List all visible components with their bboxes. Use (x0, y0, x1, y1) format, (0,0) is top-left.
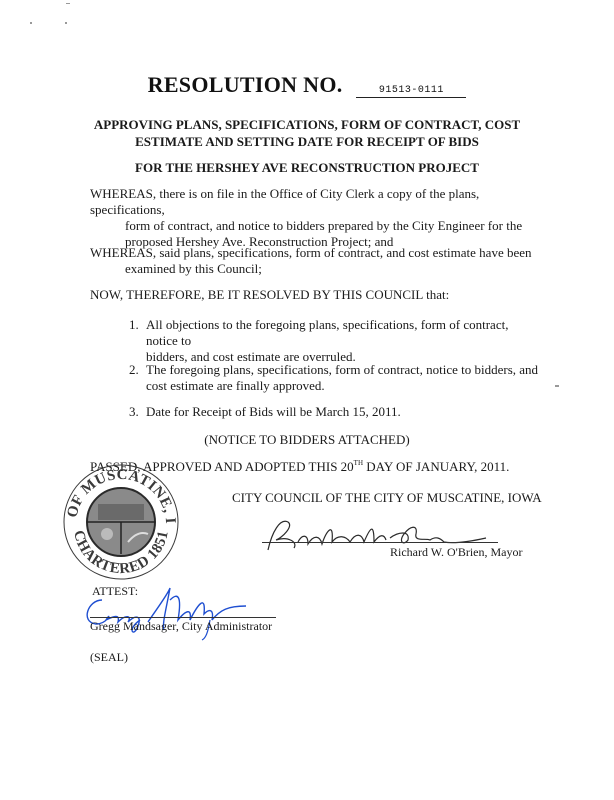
resolution-subheading: FOR THE HERSHEY AVE RECONSTRUCTION PROJE… (0, 159, 614, 176)
ordinal-suffix: TH (354, 459, 363, 467)
clause-line: examined by this Council; (90, 261, 540, 277)
scan-speck (65, 22, 67, 24)
resolution-item-3: 3. Date for Receipt of Bids will be Marc… (129, 404, 539, 420)
resolution-item-1: 1. All objections to the foregoing plans… (129, 317, 539, 365)
item-line: cost estimate are finally approved. (129, 378, 539, 394)
item-line: Date for Receipt of Bids will be March 1… (129, 404, 539, 420)
seal-emblem-icon: CITY OF MUSCATINE, IOWA CHARTERED 1851 (62, 462, 180, 580)
mayor-name-title: Richard W. O'Brien, Mayor (390, 545, 522, 560)
clause-line: WHEREAS, said plans, specifications, for… (90, 245, 540, 261)
item-number: 2. (129, 362, 139, 378)
seal-label: (SEAL) (90, 650, 128, 665)
item-line: The foregoing plans, specifications, for… (129, 362, 539, 378)
city-seal: CITY OF MUSCATINE, IOWA CHARTERED 1851 (62, 462, 180, 580)
passed-suffix: DAY OF JANUARY, 2011. (363, 459, 509, 474)
resolved-clause: NOW, THEREFORE, BE IT RESOLVED BY THIS C… (90, 287, 540, 303)
mayor-signature-line (262, 542, 498, 543)
item-number: 1. (129, 317, 139, 333)
clause-line: form of contract, and notice to bidders … (90, 218, 540, 234)
scan-speck (30, 22, 32, 24)
item-line: All objections to the foregoing plans, s… (129, 317, 539, 349)
scan-speck (66, 3, 70, 4)
resolution-title: RESOLUTION NO. 91513-0111 (0, 72, 614, 98)
item-number: 3. (129, 404, 139, 420)
resolution-heading: APPROVING PLANS, SPECIFICATIONS, FORM OF… (0, 116, 614, 150)
council-name: CITY COUNCIL OF THE CITY OF MUSCATINE, I… (232, 490, 542, 506)
resolution-number: 91513-0111 (356, 85, 466, 98)
title-text: RESOLUTION NO. (148, 72, 343, 97)
attest-signature-line (90, 617, 276, 618)
whereas-clause-1: WHEREAS, there is on file in the Office … (90, 186, 540, 250)
notice-attached: (NOTICE TO BIDDERS ATTACHED) (0, 432, 614, 448)
scan-speck (555, 385, 559, 387)
resolution-item-2: 2. The foregoing plans, specifications, … (129, 362, 539, 394)
heading-line: APPROVING PLANS, SPECIFICATIONS, FORM OF… (0, 116, 614, 133)
heading-line: ESTIMATE AND SETTING DATE FOR RECEIPT OF… (0, 133, 614, 150)
whereas-clause-2: WHEREAS, said plans, specifications, for… (90, 245, 540, 277)
administrator-name-title: Gregg Mandsager, City Administrator (90, 619, 272, 634)
clause-line: WHEREAS, there is on file in the Office … (90, 186, 540, 218)
